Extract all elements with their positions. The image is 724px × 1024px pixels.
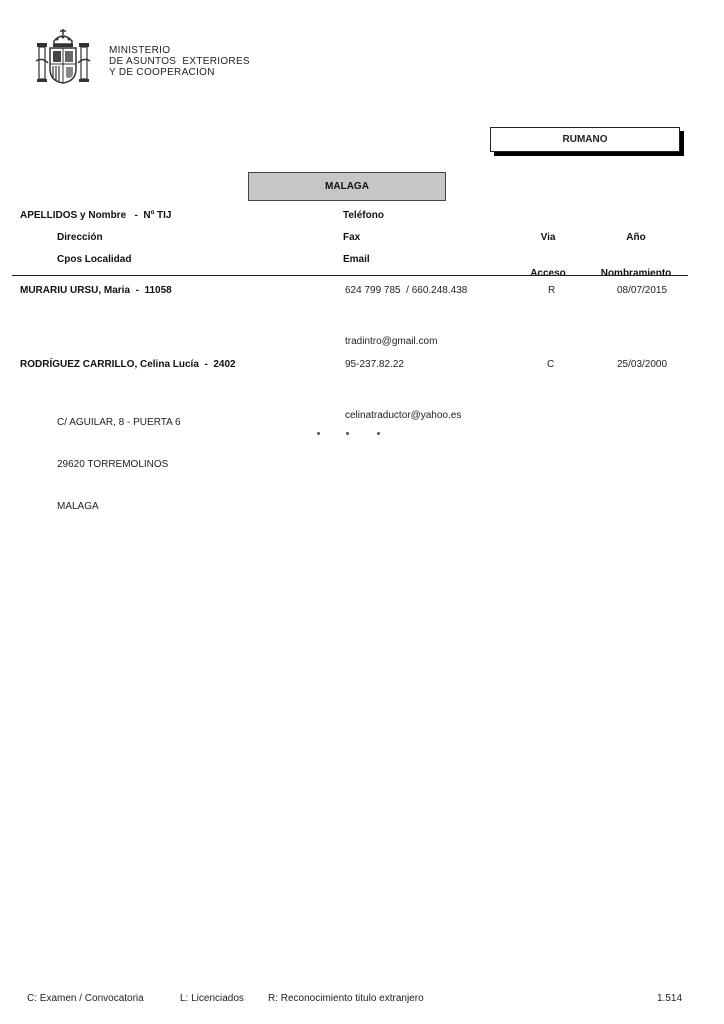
- language-box: RUMANO: [490, 127, 680, 152]
- column-header-locality: Cpos Localidad: [57, 254, 131, 265]
- ministry-line-2: DE ASUNTOS EXTERIORES: [109, 56, 250, 67]
- column-header-address: Dirección: [57, 232, 103, 243]
- entry-address-line-2: 29620 TORREMOLINOS: [57, 458, 181, 472]
- entry-phone: 624 799 785 / 660.248.438: [345, 285, 467, 296]
- entry-name: RODRÍGUEZ CARRILLO, Celina Lucía - 2402: [20, 359, 236, 370]
- entry-email: tradintro@gmail.com: [345, 336, 437, 347]
- header-divider: [12, 275, 688, 276]
- ministry-name: MINISTERIO DE ASUNTOS EXTERIORES Y DE CO…: [109, 45, 250, 78]
- ministry-line-3: Y DE COOPERACION: [109, 67, 250, 78]
- legend-l: L: Licenciados: [180, 993, 244, 1004]
- province-box: MALAGA: [248, 172, 446, 201]
- entry-address-line-3: MALAGA: [57, 500, 181, 514]
- column-header-via-line1: Via: [518, 232, 578, 243]
- column-header-year: Año Nombramiento: [591, 210, 681, 290]
- entry-name: MURARIU URSU, Maria - 11058: [20, 285, 172, 296]
- column-header-via-line2: Acceso: [518, 268, 578, 279]
- column-header-fax: Fax: [343, 232, 360, 243]
- entry-phone: 95-237.82.22: [345, 359, 404, 370]
- column-header-name: APELLIDOS y Nombre - Nº TIJ: [20, 210, 171, 221]
- separator-dot: [317, 432, 320, 435]
- entry-via: R: [548, 285, 555, 296]
- legend-c: C: Examen / Convocatoria: [27, 993, 144, 1004]
- province-label: MALAGA: [325, 181, 369, 192]
- column-header-year-line1: Año: [591, 232, 681, 243]
- entry-via: C: [547, 359, 554, 370]
- entry-date: 25/03/2000: [617, 359, 667, 370]
- column-header-phone: Teléfono: [343, 210, 384, 221]
- page-number: 1.514: [657, 993, 682, 1004]
- entry-email: celinatraductor@yahoo.es: [345, 410, 461, 421]
- separator-dot: [377, 432, 380, 435]
- legend-r: R: Reconocimiento titulo extranjero: [268, 993, 424, 1004]
- language-label: RUMANO: [563, 134, 608, 145]
- entry-address: C/ AGUILAR, 8 - PUERTA 6 29620 TORREMOLI…: [57, 388, 181, 542]
- column-header-via: Via Acceso: [518, 210, 578, 290]
- coat-of-arms-icon: [34, 27, 92, 85]
- entry-address-line-1: C/ AGUILAR, 8 - PUERTA 6: [57, 416, 181, 430]
- separator-dot: [346, 432, 349, 435]
- entry-date: 08/07/2015: [617, 285, 667, 296]
- ministry-line-1: MINISTERIO: [109, 45, 250, 56]
- column-header-email: Email: [343, 254, 370, 265]
- column-header-year-line2: Nombramiento: [591, 268, 681, 279]
